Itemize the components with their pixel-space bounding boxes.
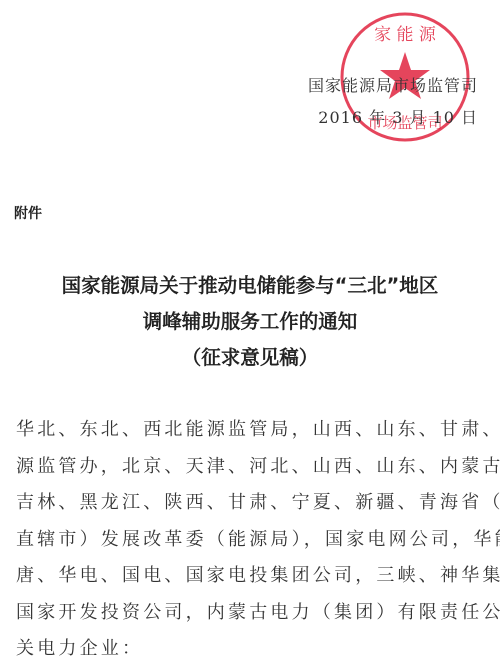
issuing-department: 国家能源局市场监管司 [308, 70, 478, 102]
svg-text:家 能 源: 家 能 源 [374, 25, 437, 45]
addressee-paragraph: 华北、东北、西北能源监管局，山西、山东、甘肃、新疆能 源监管办，北京、天津、河北… [16, 412, 492, 665]
body-line: 源监管办，北京、天津、河北、山西、山东、内蒙古、辽宁、 [16, 449, 492, 486]
body-line: 华北、东北、西北能源监管局，山西、山东、甘肃、新疆能 [16, 412, 492, 449]
body-line: 国家开发投资公司，内蒙古电力（集团）有限责任公司，有 [16, 595, 492, 632]
title-line-2: 调峰辅助服务工作的通知 [0, 304, 500, 340]
document-title: 国家能源局关于推动电储能参与“三北”地区 调峰辅助服务工作的通知 （征求意见稿） [0, 268, 500, 376]
title-line-1: 国家能源局关于推动电储能参与“三北”地区 [0, 268, 500, 304]
body-line: 唐、华电、国电、国家电投集团公司，三峡、神华集团公司， [16, 558, 492, 595]
title-subtitle: （征求意见稿） [0, 340, 500, 376]
issue-date: 2016 年 3 月 10 日 [308, 102, 478, 134]
body-line: 直辖市）发展改革委（能源局），国家电网公司，华能、大 [16, 522, 492, 559]
attachment-label: 附件 [14, 203, 42, 223]
signature-block: 国家能源局市场监管司 2016 年 3 月 10 日 [308, 70, 478, 134]
body-line: 关电力企业： [16, 631, 492, 665]
body-line: 吉林、黑龙江、陕西、甘肃、宁夏、新疆、青海省（自治区、 [16, 485, 492, 522]
